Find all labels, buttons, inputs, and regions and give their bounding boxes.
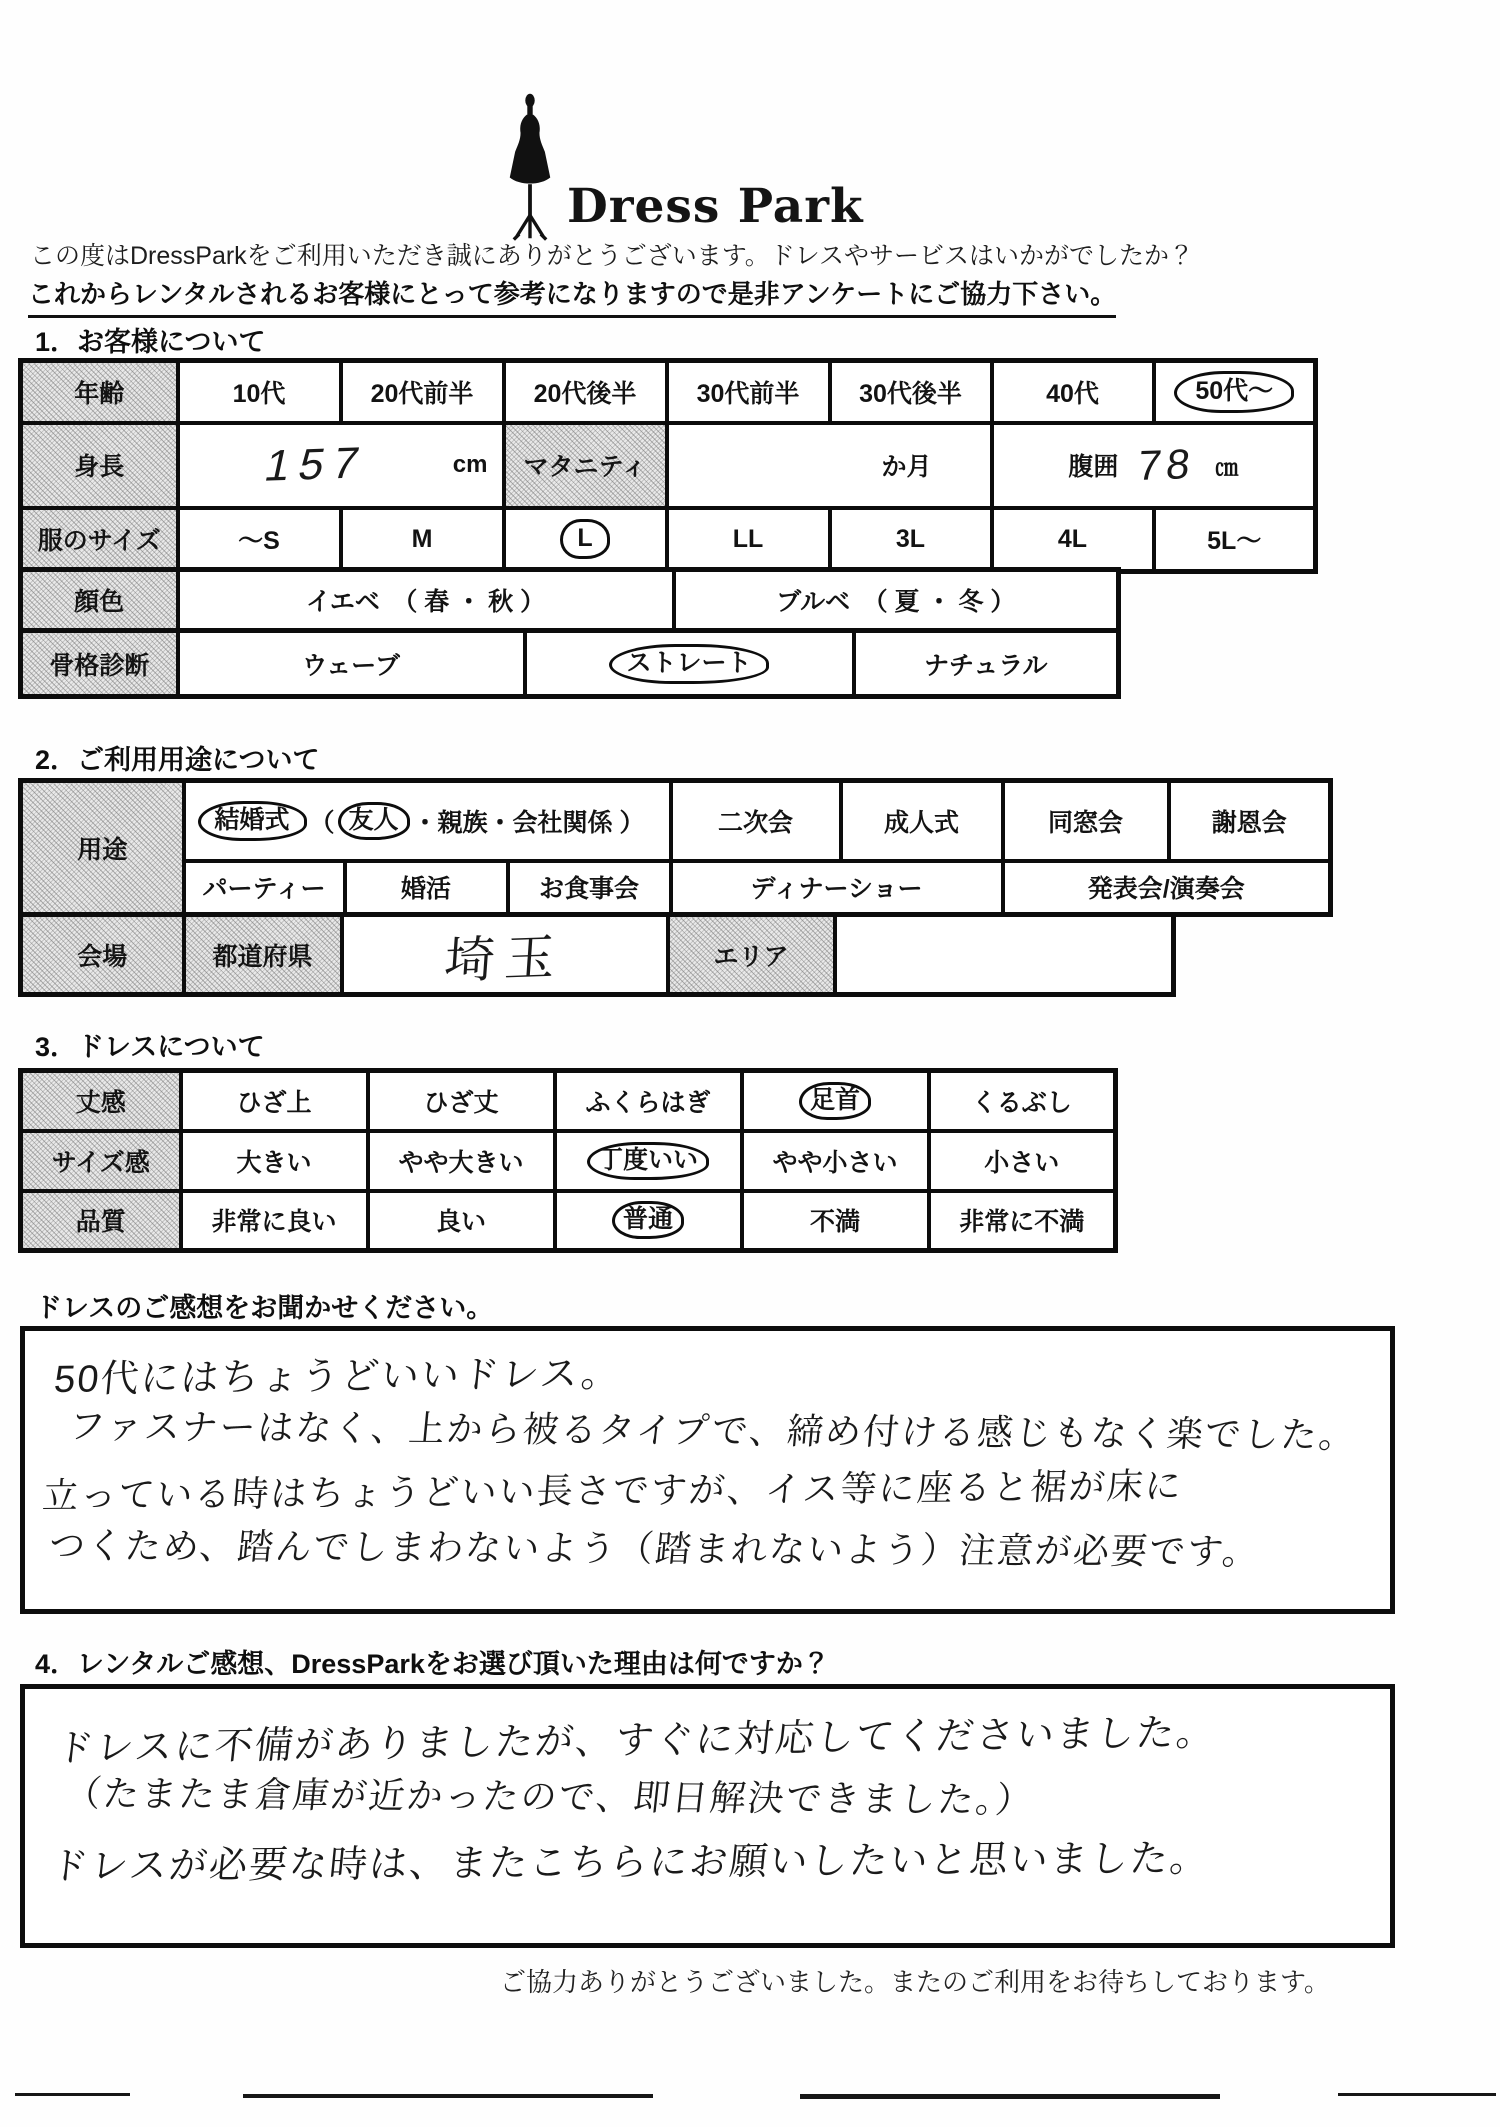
size-header-cell: 服のサイズ: [21, 508, 178, 572]
venue-pref-label-cell: 都道府県: [184, 915, 342, 995]
scan-artifact: [15, 2093, 130, 2096]
size-option-s: ～S: [178, 508, 341, 572]
scan-artifact: [800, 2094, 1220, 2099]
maternity-months-cell: か月: [667, 423, 992, 508]
rental-feedback-prompt: 4．レンタルご感想、DressParkをお選び頂いた理由は何ですか？: [35, 1642, 830, 1681]
hand-drawn-circle: 結婚式: [198, 801, 307, 841]
hand-drawn-circle: 友人: [338, 802, 410, 840]
section2-heading: 2．ご利用用途について: [35, 738, 319, 777]
age-option-50s-selected: 50代～: [1154, 361, 1316, 423]
skeleton-option-straight-selected: ストレート: [525, 631, 854, 697]
length-option-above-knee: ひざ上: [181, 1071, 368, 1131]
skeleton-header-cell: 骨格診断: [21, 631, 178, 697]
waist-cell: 腹囲 78 ㎝: [992, 423, 1316, 508]
purpose-option-coming-of-age: 成人式: [841, 781, 1003, 861]
purpose-table: 用途 結婚式（友人・親族・会社関係 ） 二次会 成人式 同窓会 謝恩会 パーティ…: [18, 778, 1333, 917]
quality-header-cell: 品質: [21, 1191, 181, 1251]
section3-heading: 3．ドレスについて: [35, 1025, 265, 1064]
purpose-header-cell: 用途: [21, 781, 184, 915]
intro-line-1: この度はDressParkをご利用いただき誠にありがとうございます。ドレスやサー…: [30, 236, 1194, 272]
dress-table: 丈感 ひざ上 ひざ丈 ふくらはぎ 足首 くるぶし サイズ感 大きい やや大きい …: [18, 1068, 1118, 1253]
purpose-option-afterparty: 二次会: [671, 781, 841, 861]
handwritten-comment-line: ドレスが必要な時は、またこちらにお願いしたいと思いました。: [48, 1827, 1213, 1890]
purpose-option-recital: 発表会/演奏会: [1003, 861, 1331, 915]
dress-feedback-box: 50代にはちょうどいいドレス。 ファスナーはなく、上から被るタイプで、締め付ける…: [20, 1326, 1395, 1614]
complexion-header-cell: 顔色: [21, 570, 178, 631]
size-option-3l: 3L: [830, 508, 992, 572]
quality-option-very-unsatisfied: 非常に不満: [929, 1191, 1116, 1251]
complexion-table: 顔色 イエベ （ 春 ・ 秋 ） ブルベ （ 夏 ・ 冬 ）: [18, 567, 1121, 633]
height-unit-label: cm: [453, 451, 502, 479]
quality-option-good: 良い: [368, 1191, 555, 1251]
hand-drawn-circle: L: [560, 519, 609, 559]
age-option-10s: 10代: [178, 361, 341, 423]
rental-feedback-box: ドレスに不備がありましたが、すぐに対応してくださいました。 （たまたま倉庫が近か…: [20, 1684, 1395, 1948]
fit-option-small: 小さい: [929, 1131, 1116, 1191]
hand-drawn-circle: 足首: [799, 1082, 871, 1120]
purpose-option-dinner-show: ディナーショー: [671, 861, 1003, 915]
skeleton-option-natural: ナチュラル: [854, 631, 1119, 697]
fit-option-slightly-small: やや小さい: [742, 1131, 929, 1191]
venue-pref-value-cell: 埼玉: [342, 915, 668, 995]
handwritten-prefecture: 埼玉: [442, 916, 567, 992]
venue-header-cell: 会場: [21, 915, 184, 995]
size-option-m: M: [341, 508, 504, 572]
purpose-option-matchmaking: 婚活: [345, 861, 508, 915]
length-option-calf: ふくらはぎ: [555, 1071, 742, 1131]
size-option-ll: LL: [667, 508, 830, 572]
length-option-anklebone: くるぶし: [929, 1071, 1116, 1131]
fit-option-slightly-big: やや大きい: [368, 1131, 555, 1191]
quality-option-very-good: 非常に良い: [181, 1191, 368, 1251]
complexion-option-blue: ブルベ （ 夏 ・ 冬 ）: [674, 570, 1119, 631]
scanned-survey-page: Dress Park この度はDressParkをご利用いただき誠にありがとうご…: [0, 0, 1500, 2127]
quality-option-unsatisfied: 不満: [742, 1191, 929, 1251]
venue-area-value-cell: [835, 915, 1174, 995]
customer-table: 年齢 10代 20代前半 20代後半 30代前半 30代後半 40代 50代～ …: [18, 358, 1318, 574]
venue-area-label-cell: エリア: [668, 915, 835, 995]
fit-option-big: 大きい: [181, 1131, 368, 1191]
dress-feedback-prompt: ドレスのご感想をお聞かせください。: [35, 1286, 493, 1325]
handwritten-comment-line: つくため、踏んでしまわないよう（踏まれないよう）注意が必要です。: [47, 1518, 1263, 1575]
height-header-cell: 身長: [21, 423, 178, 508]
skeleton-table: 骨格診断 ウェーブ ストレート ナチュラル: [18, 628, 1121, 699]
handwritten-comment-line: （たまたま倉庫が近かったので、即日解決できました。）: [63, 1766, 1037, 1824]
waist-label: 腹囲: [1068, 447, 1118, 483]
venue-table: 会場 都道府県 埼玉 エリア: [18, 912, 1176, 997]
handwritten-height: 157: [260, 438, 372, 491]
size-option-5l: 5L～: [1154, 508, 1316, 572]
purpose-option-wedding-selected: 結婚式（友人・親族・会社関係 ）: [184, 781, 671, 861]
purpose-option-reunion: 同窓会: [1003, 781, 1169, 861]
handwritten-comment-line: 50代にはちょうどいいドレス。: [52, 1342, 624, 1403]
hand-drawn-circle: 50代～: [1174, 371, 1294, 413]
hand-drawn-circle: 普通: [612, 1201, 684, 1239]
age-option-20s-early: 20代前半: [341, 361, 504, 423]
age-option-40s: 40代: [992, 361, 1154, 423]
length-option-ankle-selected: 足首: [742, 1071, 929, 1131]
size-option-4l: 4L: [992, 508, 1154, 572]
size-option-l-selected: L: [504, 508, 667, 572]
scan-artifact: [1338, 2093, 1496, 2096]
height-value-cell: 157 cm: [178, 423, 504, 508]
purpose-option-thanks-party: 謝恩会: [1169, 781, 1331, 861]
handwritten-comment-line: 立っている時はちょうどいい長さですが、イス等に座ると裾が床に: [41, 1458, 1185, 1519]
fit-option-just-right-selected: 丁度いい: [555, 1131, 742, 1191]
complexion-option-yellow: イエベ （ 春 ・ 秋 ）: [178, 570, 674, 631]
intro-line-2: これからレンタルされるお客様にとって参考になりますので是非アンケートにご協力下さ…: [28, 274, 1116, 318]
purpose-option-party: パーティー: [184, 861, 345, 915]
section1-heading: 1．お客様について: [35, 320, 265, 359]
handwritten-waist: 78: [1136, 440, 1198, 490]
skeleton-option-wave: ウェーブ: [178, 631, 525, 697]
hand-drawn-circle: 丁度いい: [587, 1142, 709, 1180]
brand-logo: Dress Park: [503, 92, 864, 244]
age-header-cell: 年齢: [21, 361, 178, 423]
brand-name: Dress Park: [567, 179, 864, 234]
purpose-option-dinner: お食事会: [508, 861, 671, 915]
scan-artifact: [243, 2094, 653, 2098]
waist-unit-label: ㎝: [1215, 449, 1238, 482]
quality-option-normal-selected: 普通: [555, 1191, 742, 1251]
dress-form-icon: [503, 92, 557, 244]
age-option-20s-late: 20代後半: [504, 361, 667, 423]
age-option-30s-early: 30代前半: [667, 361, 830, 423]
fit-header-cell: サイズ感: [21, 1131, 181, 1191]
maternity-label-cell: マタニティ: [504, 423, 667, 508]
length-option-knee: ひざ丈: [368, 1071, 555, 1131]
handwritten-comment-line: ドレスに不備がありましたが、すぐに対応してくださいました。: [53, 1701, 1220, 1772]
length-header-cell: 丈感: [21, 1071, 181, 1131]
footer-thanks-message: ご協力ありがとうございました。またのご利用をお待ちしております。: [500, 1962, 1330, 1999]
hand-drawn-circle: ストレート: [609, 644, 768, 684]
handwritten-comment-line: ファスナーはなく、上から被るタイプで、締め付ける感じもなく楽でした。: [67, 1399, 1359, 1459]
age-option-30s-late: 30代後半: [830, 361, 992, 423]
